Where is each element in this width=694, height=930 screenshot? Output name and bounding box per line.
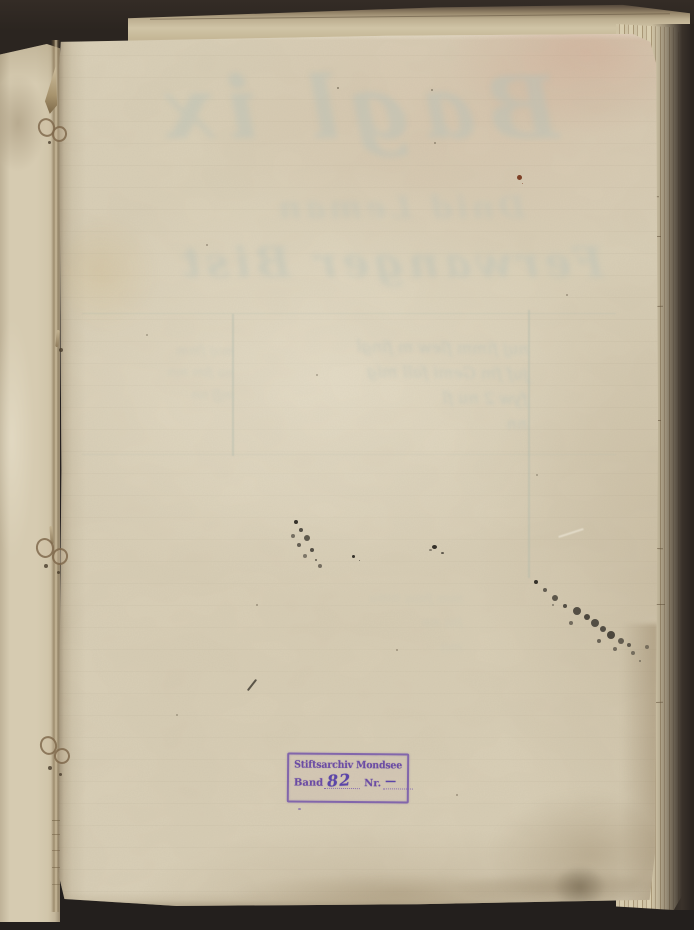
archival-book-scan: Bagl ix Dnid Leman Ferwanger Bist nuj fi… [0, 0, 694, 930]
stamp-nr-label: Nr. [364, 778, 381, 789]
stitch-knot-dot [59, 348, 63, 352]
binding-gutter-crease [51, 40, 60, 912]
stamp-band-nr-row: Band 82 Nr. — [289, 772, 407, 789]
archive-stamp: Stiftsarchiv Mondsee Band 82 Nr. — [287, 752, 409, 803]
bleedthrough-margin-line: mfj nn [83, 383, 233, 408]
fore-edge-shadow [652, 24, 694, 910]
bleedthrough-table-rule [82, 313, 616, 314]
bleedthrough-title-line: Dnid Leman [244, 190, 556, 226]
bleedthrough-lower-line: fm nn [268, 608, 463, 635]
ink-speck-cluster [294, 520, 298, 524]
bleedthrough-entry-line: nn [243, 407, 527, 437]
stamp-band-handwritten-value: 82 [327, 770, 352, 790]
bleedthrough-lower-notes: mm fmu nmu fm nn mn [267, 584, 463, 659]
red-ink-spot [517, 175, 522, 180]
stitch-knot-dot [57, 571, 60, 574]
stamp-nr-dotted-line: — [383, 773, 413, 789]
stamp-nr-handwritten-value: — [385, 774, 396, 787]
bleedthrough-entries: nuj fimm flew m fingl juf fm Gemi fall m… [243, 332, 529, 437]
bleedthrough-margin-line: muj fmm [84, 339, 234, 364]
paper-scratch [558, 528, 583, 538]
bleedthrough-margin-notes: muj fmm nu fim mn mfj nn [83, 339, 234, 408]
ink-speck [352, 555, 355, 558]
dust-specks [337, 87, 339, 89]
stitch-knot-dot [59, 773, 62, 776]
ledger-page: Bagl ix Dnid Leman Ferwanger Bist nuj fi… [56, 34, 658, 906]
stitch-knot-dot [48, 141, 51, 144]
spine-stitch-marks [52, 820, 60, 821]
stitch-knot-dot [48, 766, 52, 770]
ink-speck [432, 545, 437, 549]
ink-speck-streak [534, 580, 538, 584]
stamp-band-label: Band [294, 778, 323, 789]
stamp-ink-fleck [298, 808, 301, 810]
bleedthrough-title-line: Bagl ix [114, 58, 598, 159]
bleedthrough-lower-line: mm fmu nmu [268, 584, 463, 611]
bleedthrough-margin-line: nu fim mn [84, 361, 234, 386]
bleedthrough-table-rule [82, 454, 616, 455]
stamp-band-dotted-line: 82 [324, 773, 360, 789]
bleedthrough-title-line: Ferwanger Bist [174, 238, 606, 287]
bottom-edge-grime [226, 860, 656, 906]
bleedthrough-lower-line: mn [267, 632, 462, 659]
paper-stain [64, 214, 159, 334]
stitch-knot-dot [44, 564, 48, 568]
ink-slash-mark [247, 679, 257, 691]
